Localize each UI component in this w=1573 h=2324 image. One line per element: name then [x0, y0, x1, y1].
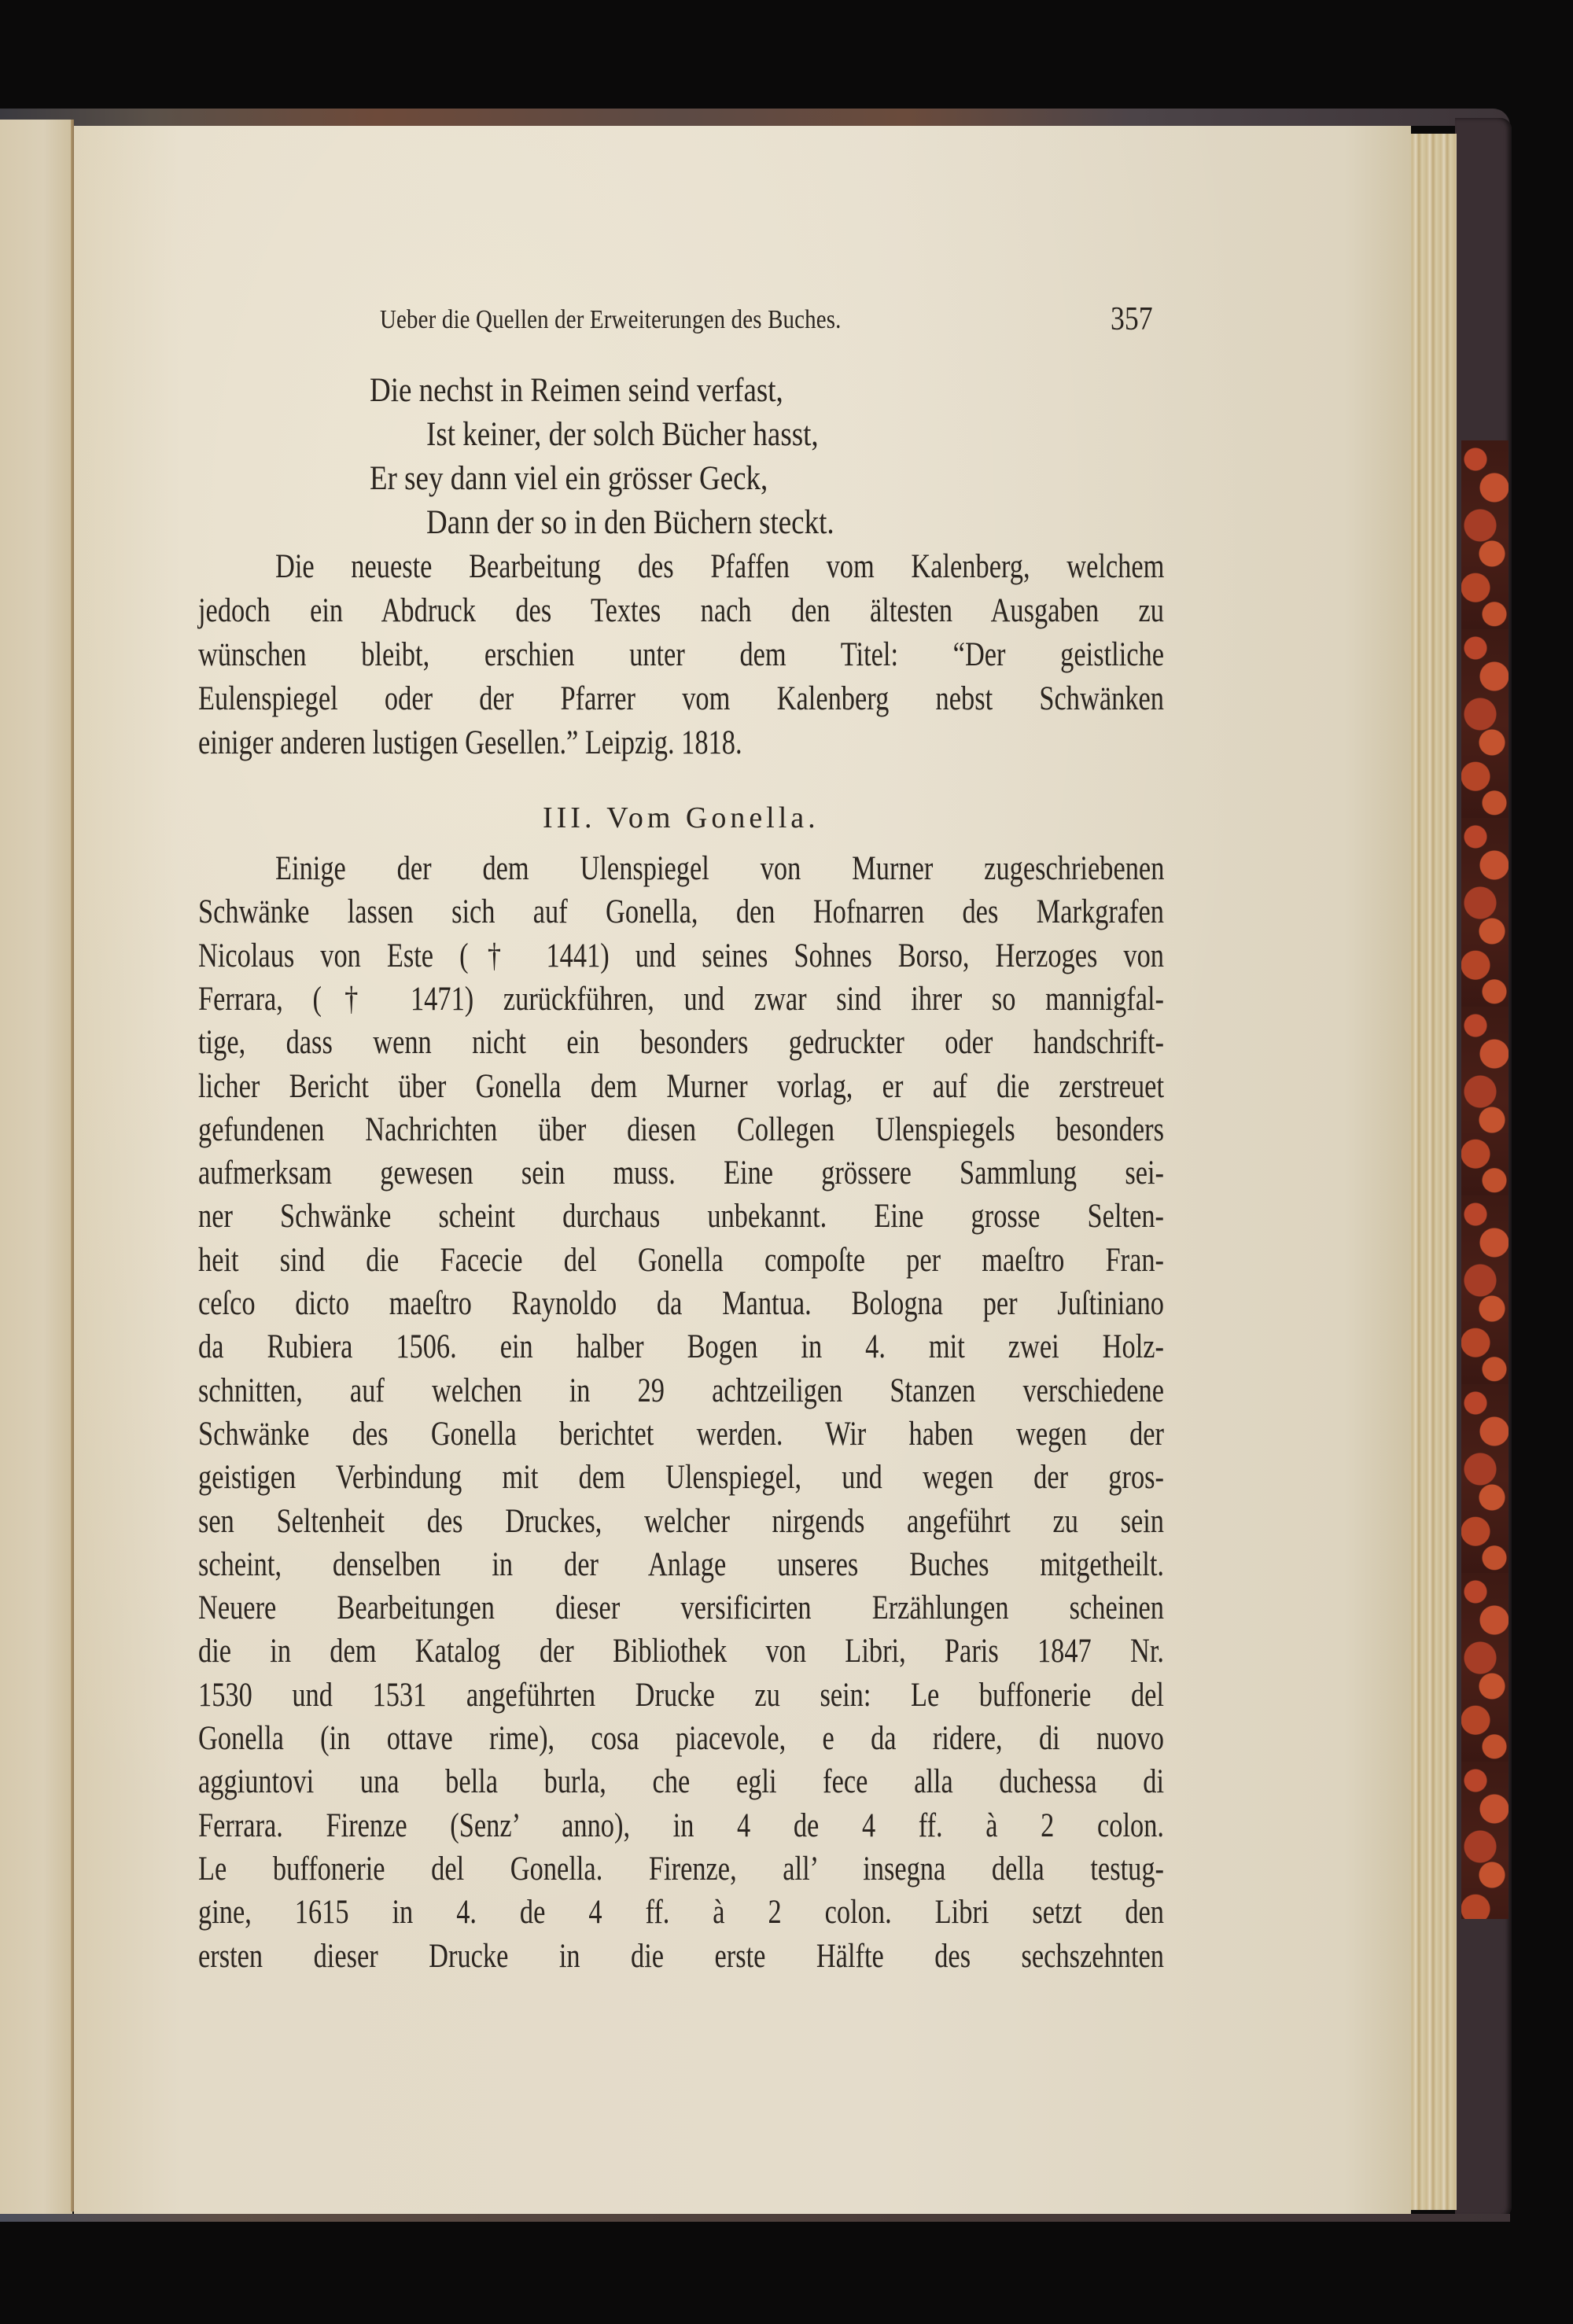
text-line: Ferrara. Firenze (Senz’ anno), in 4 de 4…: [198, 1807, 1164, 1845]
text-line: heit sind die Facecie del Gonella compoſ…: [198, 1241, 1164, 1280]
section-heading: III. Vom Gonella.: [543, 801, 820, 835]
text-line: Eulenspiegel oder der Pfarrer vom Kalenb…: [198, 680, 1164, 718]
text-line: Gonella (in ottave rime), cosa piacevole…: [198, 1719, 1164, 1758]
text-line: Ferrara, († 1471) zurückführen, und zwar…: [198, 980, 1164, 1018]
text-line: wünschen bleibt, erschien unter dem Tite…: [198, 635, 1164, 674]
running-head: Ueber die Quellen der Erweiterungen des …: [380, 305, 842, 335]
text-line: Schwänke lassen sich auf Gonella, den Ho…: [198, 893, 1164, 931]
page-edges-stack: [1408, 134, 1457, 2210]
text-line: Die neueste Bearbeitung des Pfaffen vom …: [275, 547, 1164, 586]
book-top-edge: [0, 109, 1510, 126]
text-line: jedoch ein Abdruck des Textes nach den ä…: [198, 591, 1164, 630]
text-line: 1530 und 1531 angeführten Drucke zu sein…: [198, 1676, 1164, 1714]
page-number: 357: [1111, 300, 1153, 338]
verse-line: Ist keiner, der solch Bücher hasst,: [426, 415, 819, 454]
gutter-fold: [71, 120, 74, 2212]
text-line: geistigen Verbindung mit dem Ulenspiegel…: [198, 1458, 1164, 1497]
text-line: Neuere Bearbeitungen dieser versificirte…: [198, 1589, 1164, 1627]
marbled-cover-panel: [1461, 440, 1509, 1919]
text-line: tige, dass wenn nicht ein besonders gedr…: [198, 1023, 1164, 1062]
text-line: schnitten, auf welchen in 29 achtzeilige…: [198, 1372, 1164, 1410]
text-line: einiger anderen lustigen Gesellen.” Leip…: [198, 724, 1164, 762]
text-line: gefundenen Nachrichten über diesen Colle…: [198, 1110, 1164, 1149]
text-line: die in dem Katalog der Bibliothek von Li…: [198, 1632, 1164, 1670]
text-line: sen Seltenheit des Druckes, welcher nirg…: [198, 1502, 1164, 1541]
text-line: da Rubiera 1506. ein halber Bogen in 4. …: [198, 1328, 1164, 1366]
text-line: gine, 1615 in 4. de 4 ff. à 2 colon. Lib…: [198, 1893, 1164, 1932]
text-line: ersten dieser Drucke in die erste Hälfte…: [198, 1937, 1164, 1976]
text-line: Einige der dem Ulenspiegel von Murner zu…: [275, 849, 1164, 888]
text-line: aufmerksam gewesen sein muss. Eine gröss…: [198, 1154, 1164, 1192]
text-line: aggiuntovi una bella burla, che egli fec…: [198, 1762, 1164, 1801]
book-bottom-edge: [0, 2214, 1510, 2222]
text-line: ner Schwänke scheint durchaus unbekannt.…: [198, 1197, 1164, 1236]
verse-line: Dann der so in den Büchern steckt.: [426, 503, 834, 542]
text-line: Schwänke des Gonella berichtet werden. W…: [198, 1415, 1164, 1453]
verse-line: Die nechst in Reimen seind verfast,: [370, 371, 783, 410]
text-line: scheint, denselben in der Anlage unseres…: [198, 1545, 1164, 1584]
text-line: Nicolaus von Este († 1441) und seines So…: [198, 937, 1164, 975]
text-line: ceſco dicto maeſtro Raynoldo da Mantua. …: [198, 1284, 1164, 1323]
text-line: Le buffonerie del Gonella. Firenze, all’…: [198, 1850, 1164, 1888]
verse-line: Er sey dann viel ein grösser Geck,: [370, 459, 768, 498]
left-page-sliver: [0, 120, 72, 2218]
text-line: licher Bericht über Gonella dem Murner v…: [198, 1067, 1164, 1106]
